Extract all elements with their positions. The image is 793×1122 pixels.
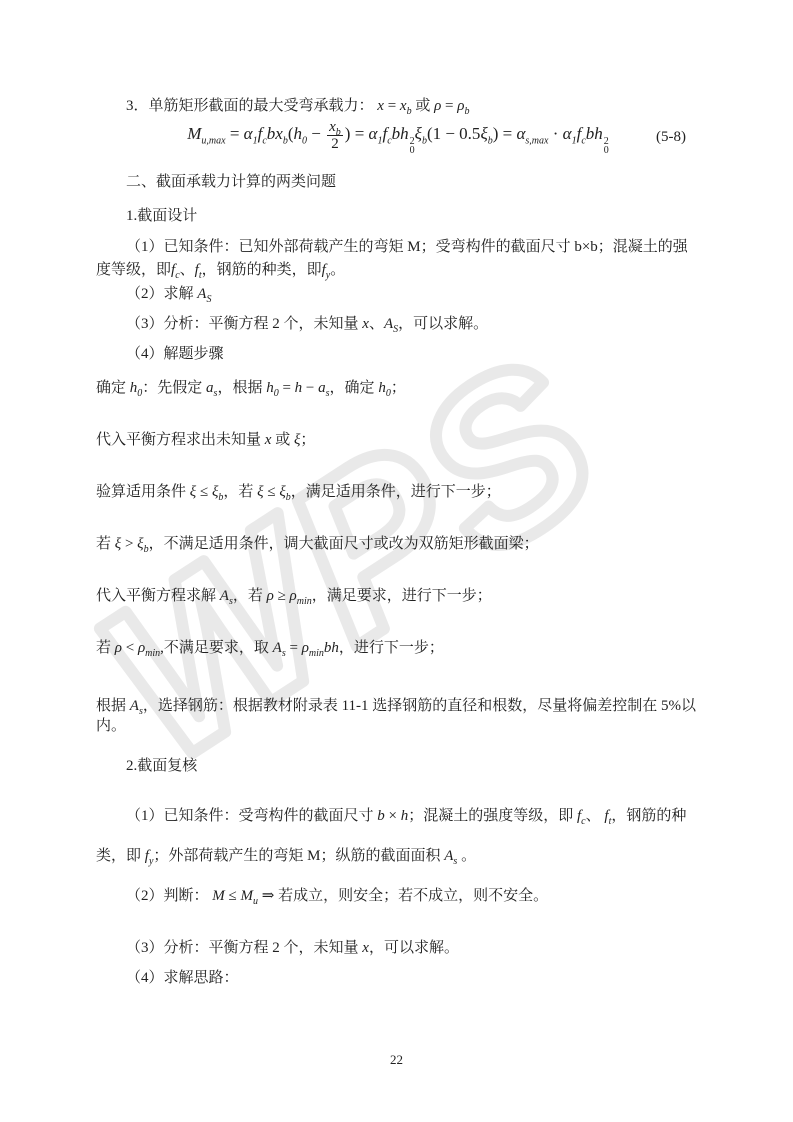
item-known-conditions-review: （1）已知条件：受弯构件的截面尺寸 b × h；混凝土的强度等级，即 fc、 f…	[96, 796, 700, 876]
item-solution-steps: （4）解题步骤	[96, 344, 700, 364]
subsection-section-design: 1.截面设计	[96, 206, 700, 226]
step-solve-x-or-xi: 代入平衡方程求出未知量 x 或 ξ；	[96, 430, 700, 450]
item-solution-approach: （4）求解思路：	[96, 968, 700, 988]
step-select-rebar: 根据 As，选择钢筋：根据教材附录表 11-1 选择钢筋的直径和根数，尽量将偏差…	[96, 696, 700, 736]
item-analysis: （3）分析：平衡方程 2 个，未知量 x、AS，可以求解。	[96, 314, 700, 334]
subsection-section-review: 2.截面复核	[96, 756, 700, 776]
document-page: WPS 3．单筋矩形截面的最大受弯承载力： x = xb 或 ρ = ρbMu,…	[0, 0, 793, 1122]
step-condition-not-satisfied: 若 ξ > ξb，不满足适用条件，调大截面尺寸或改为双筋矩形截面梁；	[96, 534, 700, 554]
step-check-condition: 验算适用条件 ξ ≤ ξb，若 ξ ≤ ξb，满足适用条件，进行下一步；	[96, 482, 700, 502]
equation-number: (5-8)	[656, 126, 686, 148]
step-rho-below-min: 若 ρ < ρmin,不满足要求，取 As = ρminbh，进行下一步；	[96, 638, 700, 658]
step-determine-h0: 确定 h0：先假定 as，根据 h0 = h − as，确定 h0；	[96, 378, 700, 398]
document-body: 3．单筋矩形截面的最大受弯承载力： x = xb 或 ρ = ρbMu,max …	[0, 0, 793, 988]
section-heading-two-problems: 二、截面承载力计算的两类问题	[96, 172, 700, 192]
formula-5-8: Mu,max = α1fcbxb(h0 − xb2) = α1fcbh20ξb(…	[96, 116, 700, 158]
step-solve-as: 代入平衡方程求解 As，若 ρ ≥ ρmin，满足要求，进行下一步；	[96, 586, 700, 606]
item-analysis-review: （3）分析：平衡方程 2 个，未知量 x，可以求解。	[96, 938, 700, 958]
item-known-conditions: （1）已知条件：已知外部荷载产生的弯矩 M；受弯构件的截面尺寸 b×b；混凝土的…	[96, 236, 700, 282]
fraction: xb2	[327, 119, 343, 152]
page-number: 22	[0, 1052, 793, 1068]
heading-max-flexural-capacity: 3．单筋矩形截面的最大受弯承载力： x = xb 或 ρ = ρb	[96, 96, 700, 116]
item-judgement: （2）判断： M ≤ Mu ⇒ 若成立，则安全；若不成立，则不安全。	[96, 886, 700, 906]
item-solve-as: （2）求解 AS	[96, 284, 700, 304]
